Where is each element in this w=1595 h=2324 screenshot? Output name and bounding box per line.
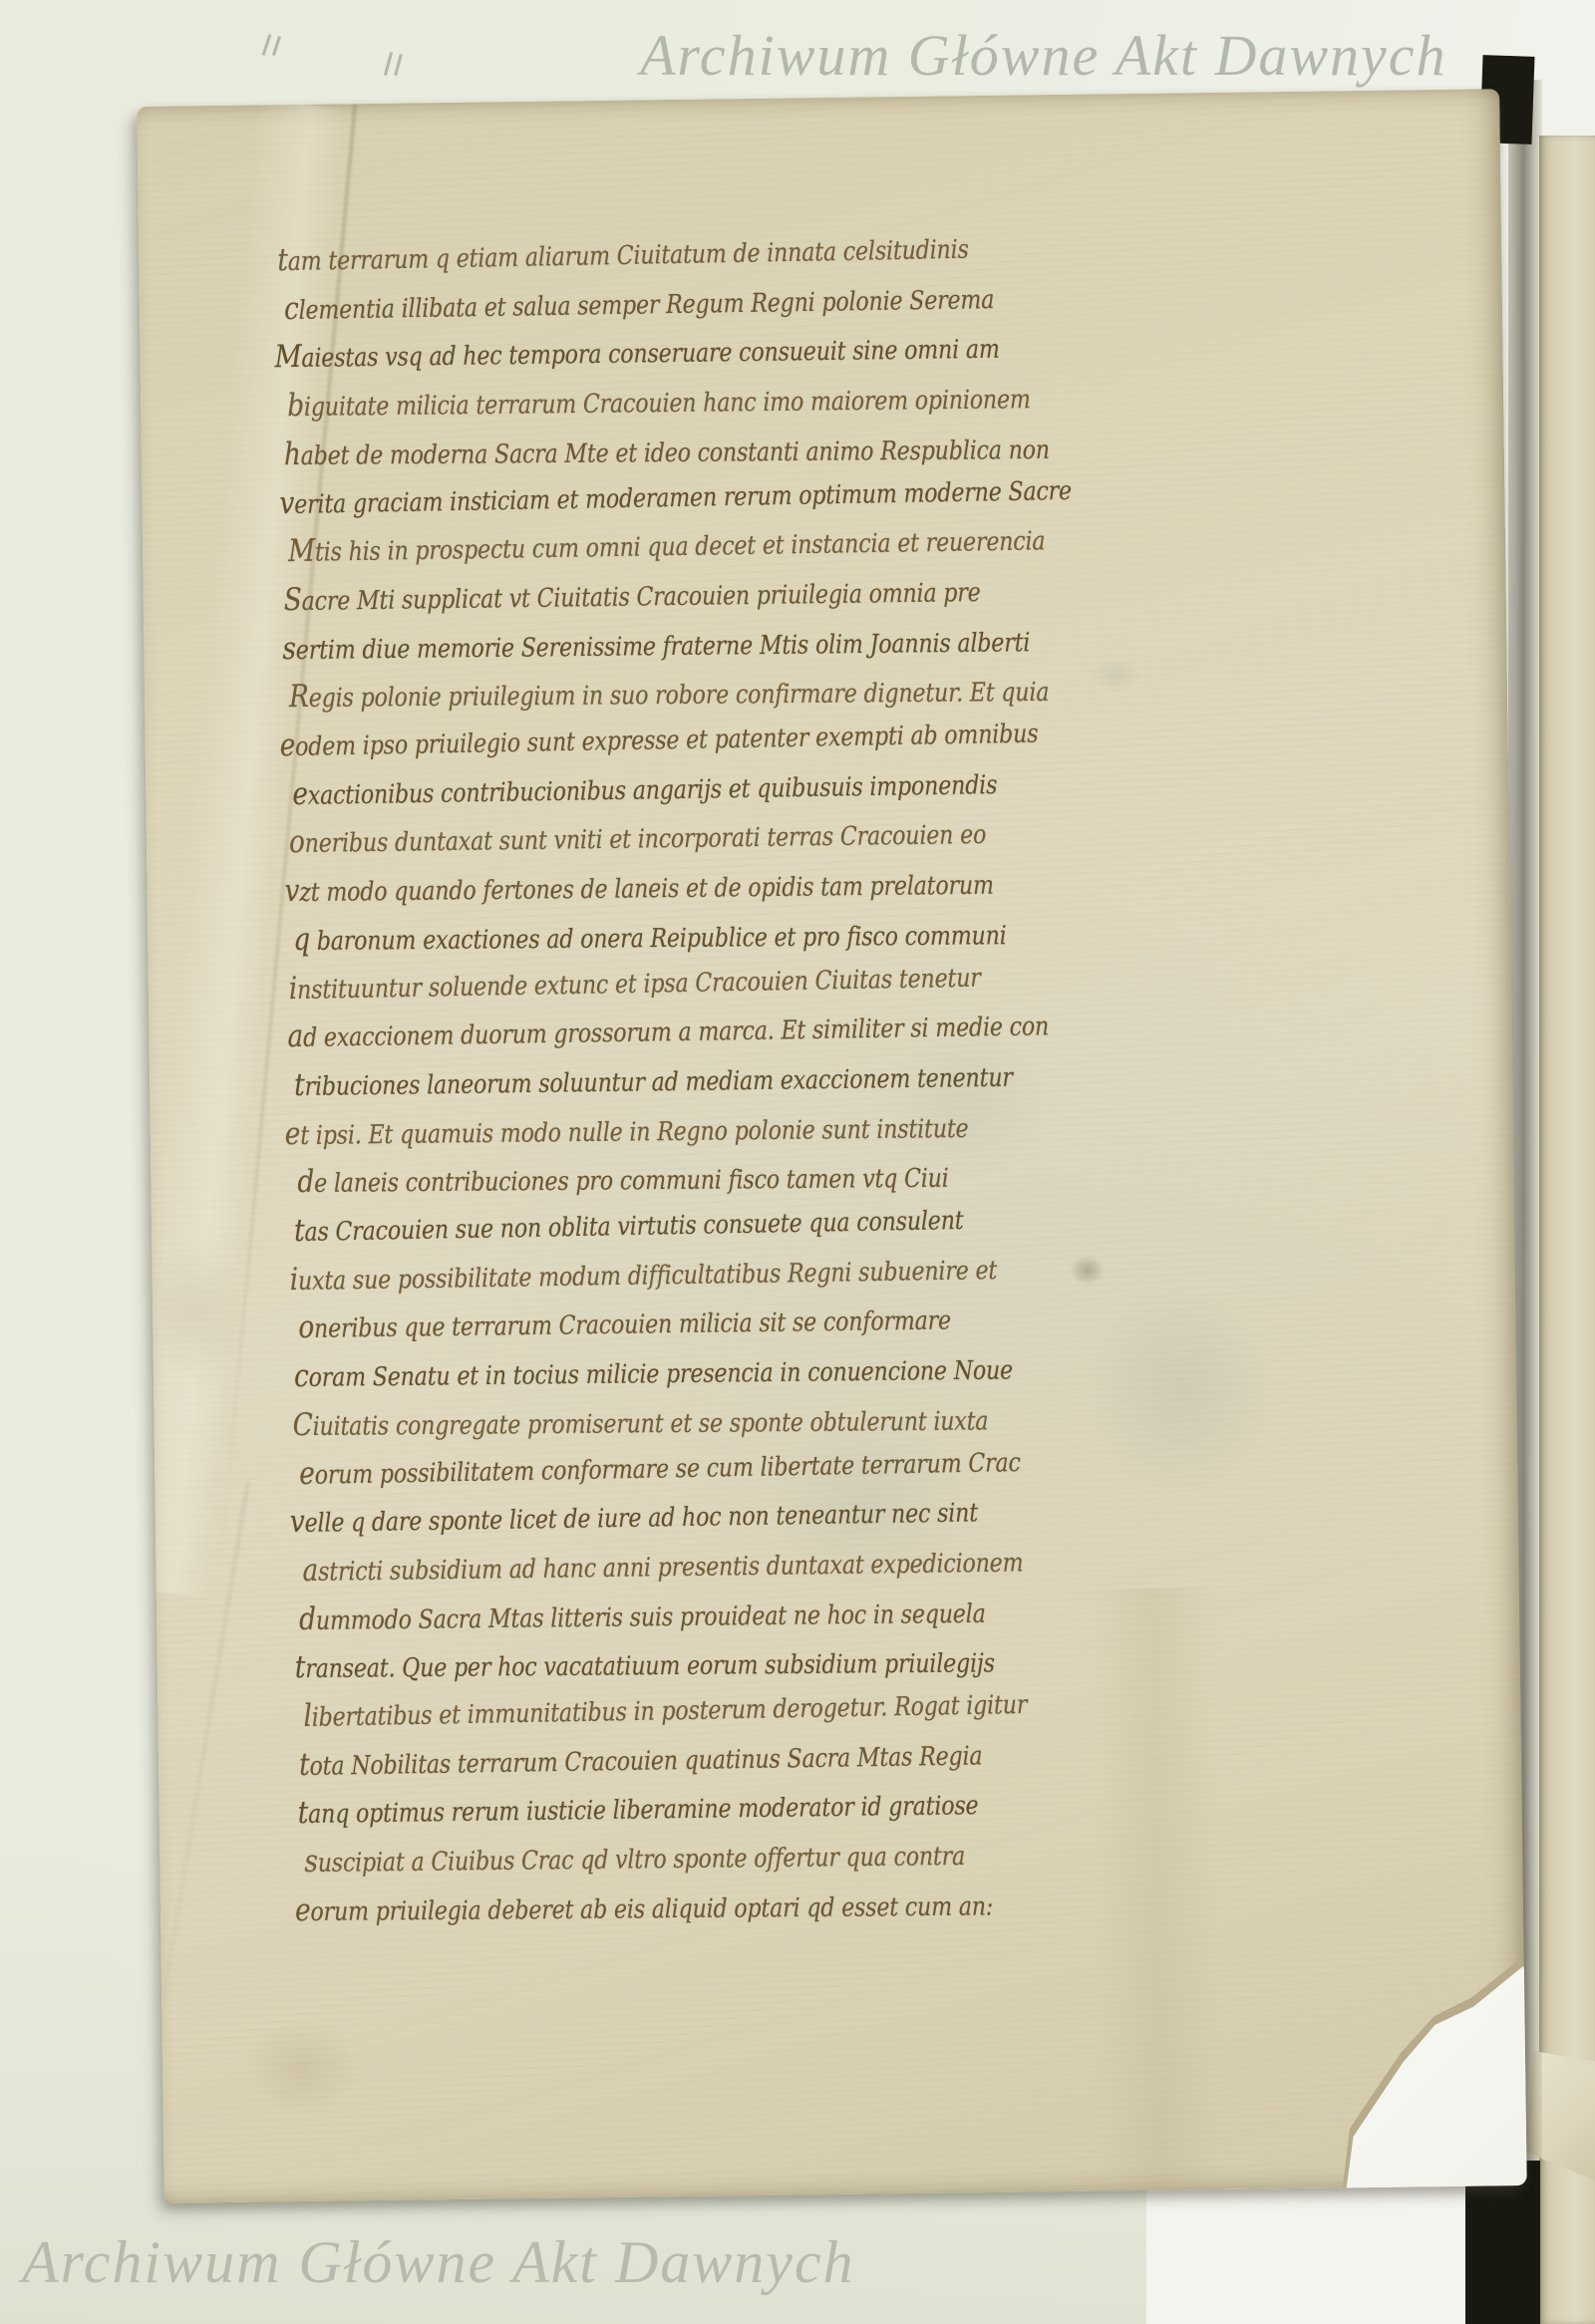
ink-smudge [1064,1250,1111,1291]
pencil-mark [394,54,403,76]
manuscript-line: Maiestas vsq ad hec tempora conseruare c… [274,332,868,388]
bleed-through-stain [1049,1238,1312,1540]
manuscript-line: biguitate milicia terrarum Cracouien han… [287,382,881,436]
manuscript-line: astricti subsidium ad hanc anni presenti… [302,1545,896,1600]
manuscript-line: instituuntur soluende extunc et ipsa Cra… [289,960,883,1018]
pencil-mark [272,36,281,56]
manuscript-page: tam terrarum q etiam aliarum Ciuitatum d… [137,89,1526,2203]
paper-stain [1082,652,1152,699]
facing-page-edge [1539,136,1595,2324]
manuscript-line: oneribus que terrarum Cracouien milicia … [298,1303,892,1358]
manuscript-line: tas Cracouien sue non oblita virtutis co… [294,1202,888,1261]
manuscript-line: dummodo Sacra Mtas litteris suis prouide… [299,1595,893,1648]
paper-tone-band [1094,1588,1221,2203]
manuscript-line: eodem ipso priuilegio sunt expresse et p… [279,717,873,775]
manuscript-line: eorum possibilitatem conformare se cum l… [299,1445,893,1504]
manuscript-line: suscipiat a Ciuibus Crac qd vltro sponte… [304,1838,898,1891]
manuscript-line: eorum priuilegia deberet ab eis aliquid … [295,1888,888,1940]
manuscript-line: coram Senatu et in tocius milicie presen… [294,1352,888,1406]
manuscript-line: tam terrarum q etiam aliarum Ciuitatum d… [277,231,871,290]
manuscript-line: tribuciones laneorum soluuntur ad mediam… [294,1059,888,1115]
manuscript-line: clementia illibata et salua semper Regum… [284,282,878,339]
manuscript-line: vzt modo quando fertones de laneis et de… [284,867,878,921]
manuscript-line: sertim diue memorie Serenissime fraterne… [282,624,876,678]
manuscript-line: velle q dare sponte licet de iure ad hoc… [290,1495,884,1552]
manuscript-line: iuxta sue possibilitate modum difficulta… [289,1253,883,1309]
manuscript-line: oneribus duntaxat sunt vniti et incorpor… [289,817,883,873]
manuscript-line: exactionibus contribucionibus angarijs e… [292,766,886,823]
manuscript-line: tanq optimus rerum iusticie liberamine m… [297,1788,891,1844]
manuscript-line: verita graciam insticiam et moderamen re… [279,474,873,533]
watermark-top: Archiwum Główne Akt Dawnych [640,22,1447,89]
manuscript-line: libertatibus et immunitatibus in posteru… [303,1687,897,1746]
manuscript-line: et ipsi. Et quamuis modo nulle in Regno … [285,1109,879,1163]
pencil-mark [384,52,393,76]
manuscript-line: Sacre Mti supplicat vt Ciuitatis Cracoui… [284,574,878,630]
manuscript-text: tam terrarum q etiam aliarum Ciuitatum d… [137,89,1499,107]
manuscript-line: ad exaccionem duorum grossorum a marca. … [287,1010,881,1066]
underlying-page-corner [1146,2175,1517,2324]
torn-corner [1334,1966,1527,2190]
manuscript-line: Mtis his in prospectu cum omni qua decet… [288,524,882,581]
paper-stain [221,1997,383,2139]
manuscript-line: tota Nobilitas terrarum Cracouien quatin… [299,1737,893,1794]
pencil-mark [262,34,272,56]
